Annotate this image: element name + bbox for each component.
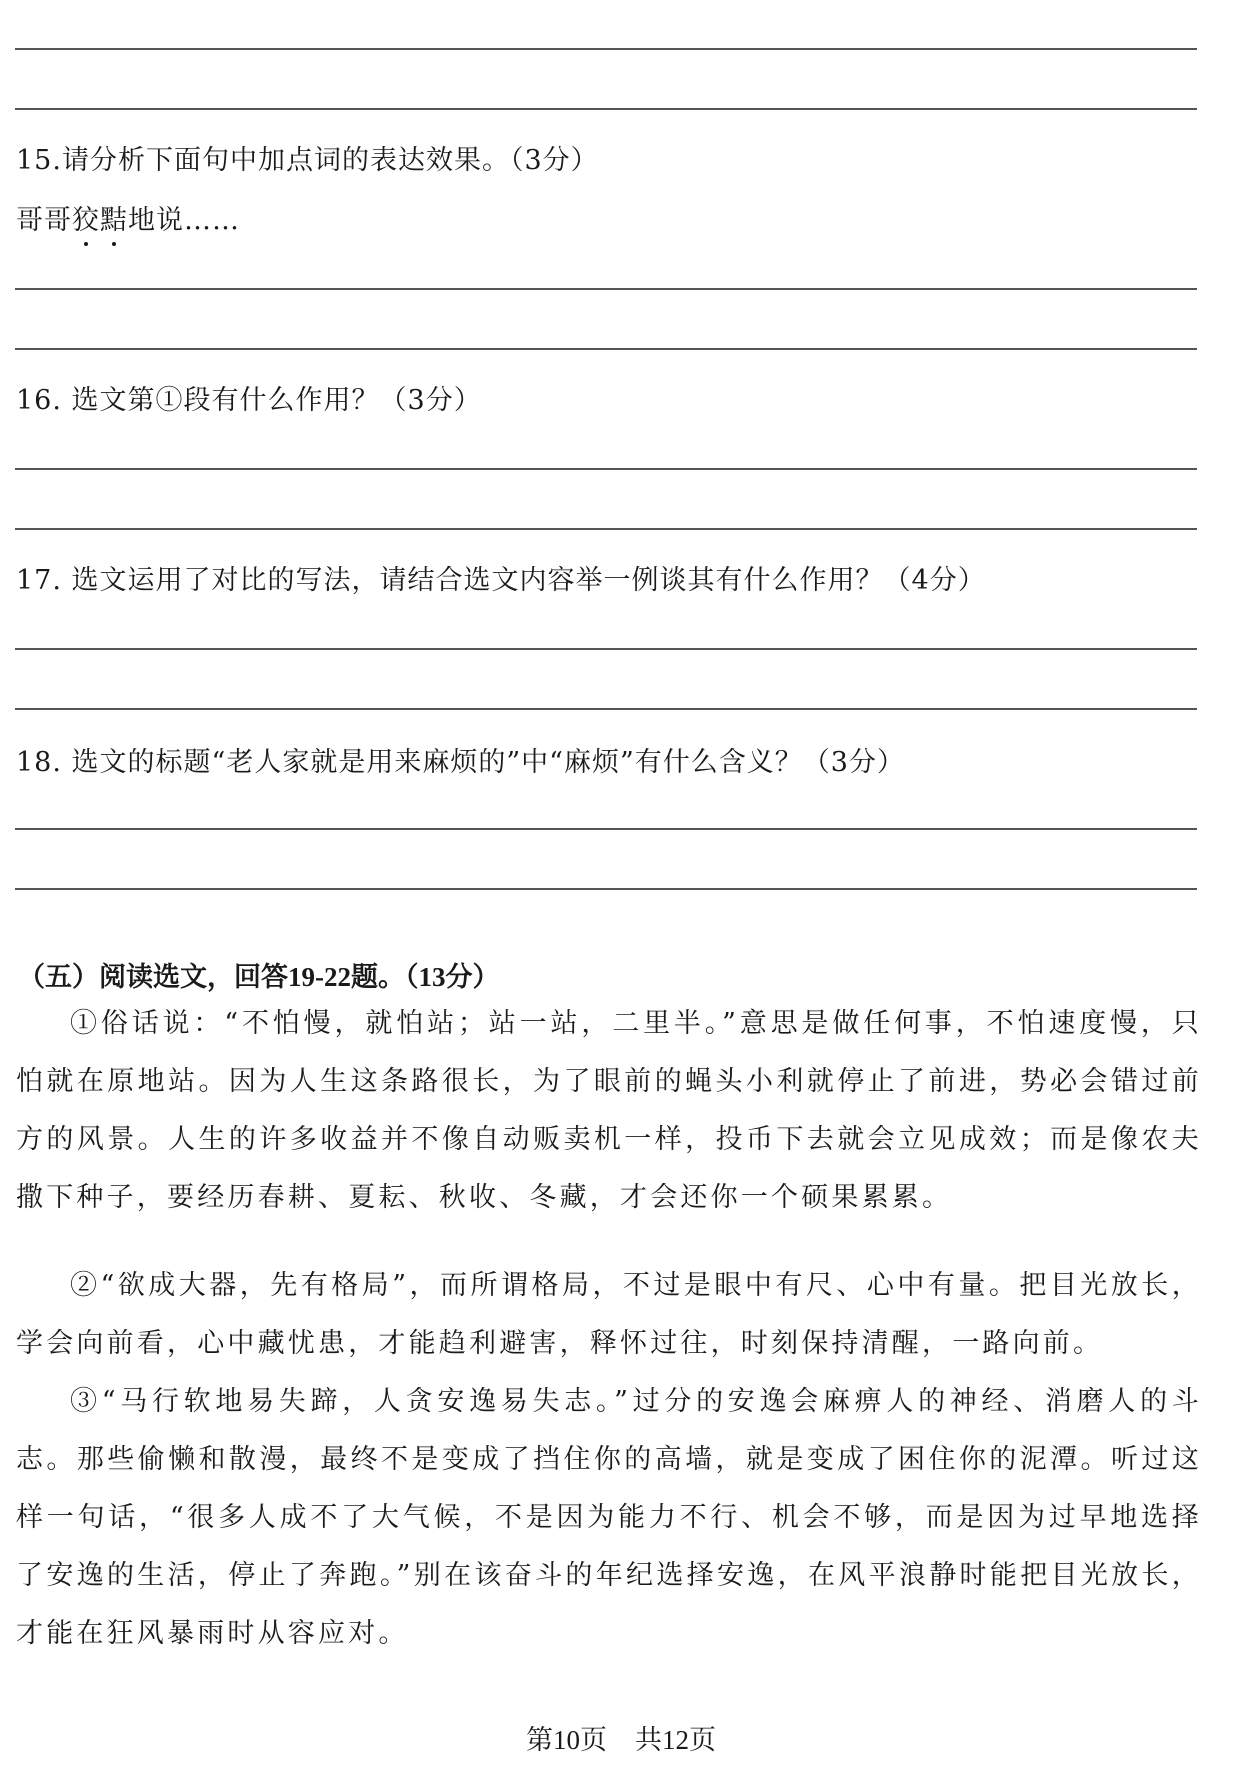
question-16: 16. 选文第①段有什么作用？（3分）: [16, 378, 482, 417]
question-number: 17.: [16, 565, 62, 596]
page-number: 第10页: [526, 1725, 607, 1755]
answer-line[interactable]: [15, 288, 1197, 290]
page-total: 共12页: [635, 1725, 716, 1755]
question-15-quote: 哥哥狡黠地说……: [16, 198, 240, 237]
passage-paragraph-3: ③“马行软地易失蹄，人贪安逸易失志。”过分的安逸会麻痹人的神经、消磨人的斗志。那…: [16, 1373, 1202, 1663]
question-15: 15.请分析下面句中加点词的表达效果。（3分）: [16, 138, 599, 177]
question-17: 17. 选文运用了对比的写法，请结合选文内容举一例谈其有什么作用？（4分）: [16, 558, 986, 597]
question-text: 选文的标题“老人家就是用来麻烦的”中“麻烦”有什么含义？（3分）: [72, 747, 905, 778]
question-text: 选文第①段有什么作用？（3分）: [72, 385, 482, 416]
section-title: （五）阅读选文，回答19-22题。（13分）: [18, 955, 500, 994]
question-text: 请分析下面句中加点词的表达效果。（3分）: [62, 145, 599, 176]
passage-paragraph-1: ①俗话说：“不怕慢，就怕站；站一站，二里半。”意思是做任何事，不怕速度慢，只怕就…: [16, 995, 1202, 1227]
question-number: 15.: [16, 145, 62, 176]
question-text: 选文运用了对比的写法，请结合选文内容举一例谈其有什么作用？（4分）: [72, 565, 986, 596]
passage-paragraph-2: ②“欲成大器，先有格局”，而所谓格局，不过是眼中有尺、心中有量。把目光放长，学会…: [16, 1257, 1202, 1373]
answer-line[interactable]: [15, 828, 1197, 830]
answer-line[interactable]: [15, 348, 1197, 350]
page-footer: 第10页共12页: [0, 1718, 1242, 1757]
answer-line[interactable]: [15, 528, 1197, 530]
answer-line[interactable]: [15, 48, 1197, 50]
answer-line[interactable]: [15, 888, 1197, 890]
dotted-word-char: 黠: [100, 205, 128, 236]
question-18: 18. 选文的标题“老人家就是用来麻烦的”中“麻烦”有什么含义？（3分）: [16, 740, 905, 779]
question-number: 18.: [16, 747, 62, 778]
answer-line[interactable]: [15, 468, 1197, 470]
answer-line[interactable]: [15, 708, 1197, 710]
question-number: 16.: [16, 385, 62, 416]
answer-line[interactable]: [15, 108, 1197, 110]
answer-line[interactable]: [15, 648, 1197, 650]
dotted-word-char: 狡: [72, 205, 100, 236]
